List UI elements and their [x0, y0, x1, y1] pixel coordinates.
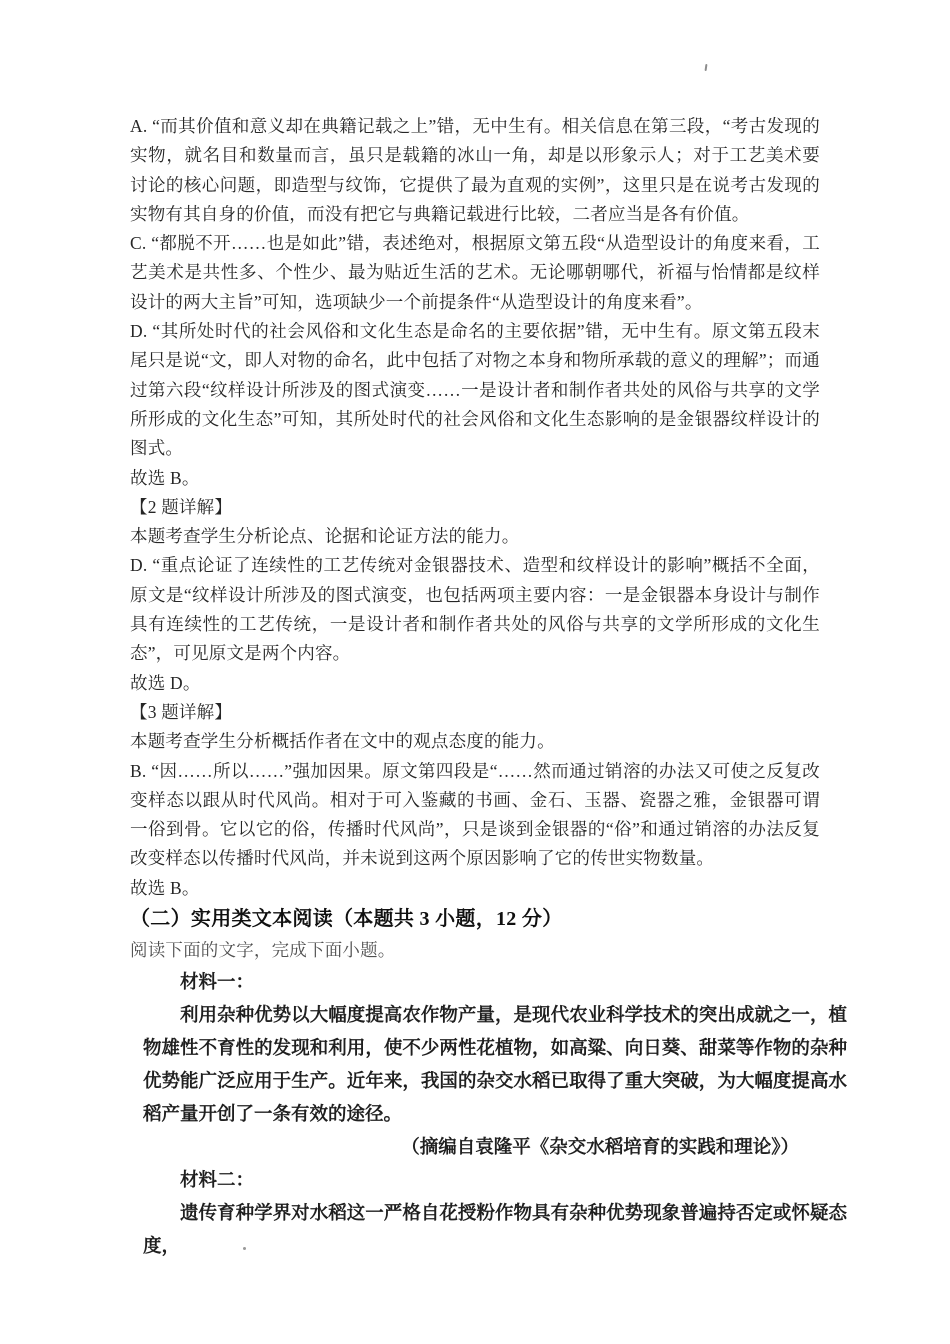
section-heading: （二）实用类文本阅读（本题共 3 小题，12 分） [130, 903, 820, 936]
material-one-citation: （摘编自袁隆平《杂交水稻培育的实践和理论》） [143, 1130, 847, 1163]
material-one-body: 利用杂种优势以大幅度提高农作物产量，是现代农业科学技术的突出成就之一，植物雄性不… [143, 998, 847, 1130]
question-3-explanation-paragraph: B. “因……所以……”强加因果。原文第四段是“……然而通过销溶的办法又可使之反… [130, 757, 820, 874]
material-two-label: 材料二： [143, 1163, 847, 1196]
material-one-label: 材料一： [143, 965, 847, 998]
document-page: A. “而其价值和意义却在典籍记载之上”错，无中生有。相关信息在第三段，“考古发… [0, 0, 950, 1344]
reading-materials: 材料一： 利用杂种优势以大幅度提高农作物产量，是现代农业科学技术的突出成就之一，… [143, 965, 847, 1262]
explanation-paragraph-c: C. “都脱不开……也是如此”错，表述绝对，根据原文第五段“从造型设计的角度来看… [130, 229, 820, 317]
question-3-detail-heading: 【3 题详解】 [130, 698, 820, 727]
stray-scan-mark-bottom [243, 1247, 246, 1250]
explanation-paragraph-a: A. “而其价值和意义却在典籍记载之上”错，无中生有。相关信息在第三段，“考古发… [130, 112, 820, 229]
question-2-answer-line: 故选 D。 [130, 669, 820, 698]
answer-choice-line: 故选 B。 [130, 464, 820, 493]
material-two-body: 遗传育种学界对水稻这一严格自花授粉作物具有杂种优势现象普遍持否定或怀疑态度， [143, 1196, 847, 1262]
explanation-paragraph-d: D. “其所处时代的社会风俗和文化生态是命名的主要依据”错，无中生有。原文第五段… [130, 317, 820, 463]
answer-explanation-section: A. “而其价值和意义却在典籍记载之上”错，无中生有。相关信息在第三段，“考古发… [130, 112, 820, 903]
stray-scan-mark-top [705, 64, 708, 71]
question-2-skill-line: 本题考查学生分析论点、论据和论证方法的能力。 [130, 522, 820, 551]
reading-instruction: 阅读下面的文字，完成下面小题。 [130, 936, 820, 965]
question-3-answer-line: 故选 B。 [130, 874, 820, 903]
question-2-detail-heading: 【2 题详解】 [130, 493, 820, 522]
question-2-explanation-paragraph: D. “重点论证了连续性的工艺传统对金银器技术、造型和纹样设计的影响”概括不全面… [130, 551, 820, 668]
question-3-skill-line: 本题考查学生分析概括作者在文中的观点态度的能力。 [130, 727, 820, 756]
